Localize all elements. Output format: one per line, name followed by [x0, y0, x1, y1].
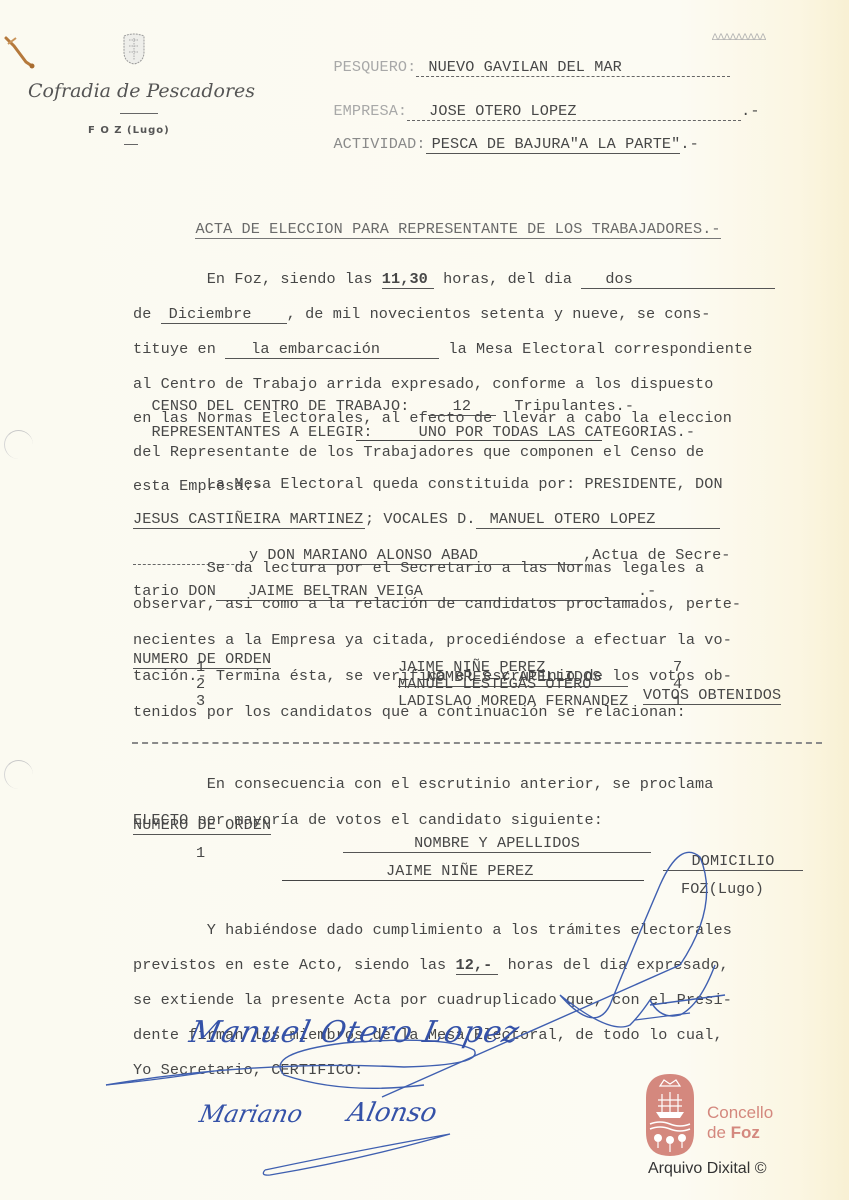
location-divider	[124, 144, 138, 145]
votes-table: NUMERO DE ORDEN NOMBRES Y APELLIDOS VOTO…	[133, 632, 813, 712]
signature-vocal-1: Manuel Otero Lopez	[186, 1015, 523, 1050]
mesa-line-1: La Mesa Electoral queda constituida por:…	[133, 476, 731, 494]
mesa-line-2: JESUS CASTIÑEIRA MARTINEZ; VOCALES D.MAN…	[133, 511, 731, 530]
cell-votos: 7	[673, 658, 682, 676]
cell-nombre: LADISLAO MOREDA FERNANDEZ	[398, 692, 628, 710]
rust-stain-icon	[2, 32, 42, 72]
lectura-line-2: observar, asi como a la relación de cand…	[133, 595, 741, 613]
pesquero-field: PESQUERO:NUEVO GAVILAN DEL MAR	[315, 40, 730, 77]
intro-line-1: En Foz, siendo las 11,30 horas, del dia …	[133, 271, 775, 289]
intro-hora: 11,30	[382, 270, 434, 289]
cell-orden: 2	[196, 675, 205, 693]
concello-foz-logo	[644, 1072, 696, 1163]
consecuencia-line-1: En consecuencia con el escrutinio anteri…	[133, 775, 714, 793]
intro-lugar: la embarcación	[225, 341, 439, 359]
intro-line-3: tituye en la embarcación la Mesa Elector…	[133, 341, 775, 359]
concello-name: Concello de Foz	[707, 1103, 773, 1143]
signature-vocal-2-first: Mariano	[197, 1100, 305, 1128]
header-votos: VOTOS OBTENIDOS	[643, 686, 781, 705]
actividad-field: ACTIVIDAD:PESCA DE BAJURA"A LA PARTE".-	[315, 117, 699, 153]
vocal-1-name: MANUEL OTERO LOPEZ	[476, 511, 720, 530]
cell-votos: 1	[673, 692, 682, 710]
pesquero-value: NUEVO GAVILAN DEL MAR	[416, 58, 730, 77]
organization-divider	[120, 113, 158, 114]
pesquero-label: PESQUERO:	[333, 58, 416, 76]
punch-hole	[4, 760, 33, 789]
intro-dia: dos	[581, 271, 775, 289]
signature-vocal-2-last: Alonso	[345, 1098, 440, 1128]
cell-nombre: JAIME NIÑE PEREZ	[398, 658, 545, 676]
intro-mes: Diciembre	[161, 306, 287, 324]
punch-hole	[4, 430, 33, 459]
coat-of-arms-icon	[121, 32, 147, 66]
concello-crest-icon	[644, 1072, 696, 1158]
actividad-label: ACTIVIDAD:	[333, 135, 425, 153]
cell-nombre: MANUEL LESTEGAS OTERO	[398, 675, 592, 693]
presidente-name: JESUS CASTIÑEIRA MARTINEZ	[133, 511, 365, 530]
organization-location: F O Z (Lugo)	[88, 125, 170, 136]
document-title: ACTA DE ELECCION PARA REPRESENTANTE DE L…	[177, 202, 721, 238]
section-divider	[356, 440, 602, 441]
cell-votos: 4	[673, 675, 682, 693]
dashed-separator	[132, 742, 822, 744]
archive-credit: Arquivo Dixital ©	[648, 1160, 767, 1178]
empresa-field: EMPRESA:JOSE OTERO LOPEZ.-	[315, 84, 760, 121]
intro-line-2: de Diciembre, de mil novecientos setenta…	[133, 306, 775, 324]
signature-vocal-2-icon	[260, 1130, 460, 1180]
organization-name: Cofradia de Pescadores	[28, 80, 255, 102]
lectura-line-1: Se da lectura por el Secretario a las No…	[133, 559, 741, 577]
cell-orden: 3	[196, 692, 205, 710]
representantes-field: REPRESENTANTES A ELEGIR: UNO POR TODAS L…	[133, 405, 695, 441]
actividad-value: PESCA DE BAJURA"A LA PARTE"	[426, 135, 681, 154]
elected-table: NUMERO DE ORDEN NOMBRE Y APELLIDOS DOMIC…	[133, 798, 813, 848]
cell-orden: 1	[196, 658, 205, 676]
